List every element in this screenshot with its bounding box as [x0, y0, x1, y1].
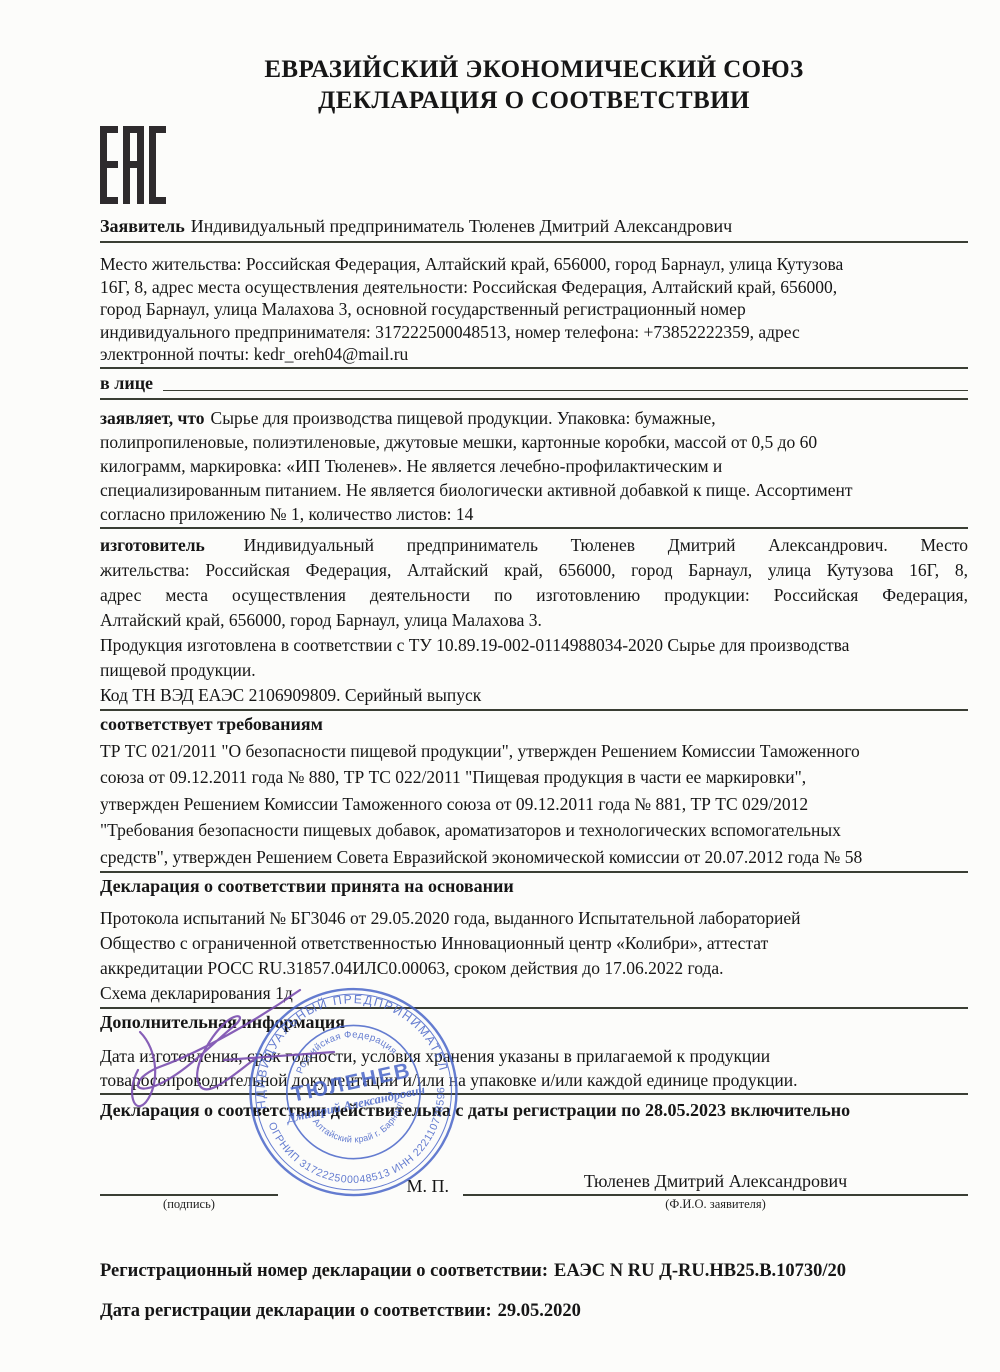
text-line: "Требования безопасности пищевых добавок… — [100, 817, 968, 844]
additional-info-block: Дата изготовления, срок годности, услови… — [100, 1044, 968, 1095]
blank-fill-line — [163, 390, 968, 391]
text-line: Общество с ограниченной ответственностью… — [100, 931, 968, 956]
technical-regulations-block: ТР ТС 021/2011 "О безопасности пищевой п… — [100, 738, 968, 874]
text-span: Индивидуальный предприниматель Тюленев Д… — [244, 535, 968, 555]
text-line: Алтайский край, 656000, город Барнаул, у… — [100, 608, 968, 633]
text-line: изготовитель Индивидуальный предпринимат… — [100, 533, 968, 558]
text-line: 16Г, 8, адрес места осуществления деятел… — [100, 276, 968, 299]
text-line: Дата изготовления, срок годности, услови… — [100, 1044, 968, 1068]
text-line: союза от 09.12.2011 года № 880, ТР ТС 02… — [100, 764, 968, 791]
applicant-value: Индивидуальный предприниматель Тюленев Д… — [191, 216, 732, 236]
text-line: Место жительства: Российская Федерация, … — [100, 253, 968, 276]
text-line: килограмм, маркировка: «ИП Тюленев». Не … — [100, 454, 968, 478]
scheme-line: Схема декларирования 1д — [100, 981, 968, 1009]
applicant-row: ЗаявительИндивидуальный предприниматель … — [100, 214, 968, 243]
text-line: утвержден Решением Комиссии Таможенного … — [100, 791, 968, 818]
text-line: жительства: Российская Федерация, Алтайс… — [100, 558, 968, 583]
applicant-label: Заявитель — [100, 216, 185, 236]
additional-info-header: Дополнительная информация — [100, 1009, 968, 1036]
basis-header: Декларация о соответствии принята на осн… — [100, 873, 968, 900]
signature-row: (подпись) М. П. Тюленев Дмитрий Александ… — [100, 1168, 968, 1213]
text-line: ТР ТС 021/2011 "О безопасности пищевой п… — [100, 738, 968, 765]
email-line: электронной почты: kedr_oreh04@mail.ru — [100, 343, 968, 366]
text-line: адрес места осуществления деятельности п… — [100, 583, 968, 608]
residence-block: Место жительства: Российская Федерация, … — [100, 253, 968, 369]
text-line-underlined: средств", утвержден Решением Совета Евра… — [100, 844, 968, 874]
text-line: город Барнаул, улица Малахова 3, основно… — [100, 298, 968, 321]
document-content: ЕВРАЗИЙСКИЙ ЭКОНОМИЧЕСКИЙ СОЮЗ ДЕКЛАРАЦИ… — [100, 54, 968, 1324]
stamp-place-label: М. П. — [278, 1168, 463, 1213]
registration-number-value: ЕАЭС N RU Д-RU.НВ25.В.10730/20 — [554, 1261, 846, 1281]
text-line-underlined: согласно приложению № 1, количество лист… — [100, 502, 968, 529]
registration-number-label: Регистрационный номер декларации о соотв… — [100, 1261, 548, 1281]
in-person-label: в лице — [100, 371, 153, 396]
complies-header: соответствует требованиям — [100, 711, 968, 738]
text-line: Протокола испытаний № БГ3046 от 29.05.20… — [100, 906, 968, 931]
signature-line — [100, 1168, 278, 1196]
basis-block: Протокола испытаний № БГ3046 от 29.05.20… — [100, 906, 968, 1009]
in-person-row: в лице — [100, 371, 968, 400]
text-line: полипропиленовые, полиэтиленовые, джутов… — [100, 430, 968, 454]
text-span: Сырье для производства пищевой продукции… — [211, 408, 716, 428]
document-title: ЕВРАЗИЙСКИЙ ЭКОНОМИЧЕСКИЙ СОЮЗ ДЕКЛАРАЦИ… — [100, 54, 968, 116]
registration-date-value: 29.05.2020 — [498, 1301, 581, 1321]
registration-number-row: Регистрационный номер декларации о соотв… — [100, 1259, 968, 1284]
signature-field: (подпись) — [100, 1168, 278, 1213]
title-line-1: ЕВРАЗИЙСКИЙ ЭКОНОМИЧЕСКИЙ СОЮЗ — [100, 54, 968, 85]
applicant-fio: Тюленев Дмитрий Александрович — [463, 1168, 968, 1196]
eac-mark-icon — [100, 126, 166, 204]
text-line: индивидуального предпринимателя: 3172225… — [100, 321, 968, 344]
fio-caption: (Ф.И.О. заявителя) — [463, 1196, 968, 1213]
fio-field: Тюленев Дмитрий Александрович (Ф.И.О. за… — [463, 1168, 968, 1213]
text-line: аккредитации РОСС RU.31857.04ИЛС0.00063,… — [100, 956, 968, 981]
text-line: пищевой продукции. — [100, 658, 968, 683]
text-line: специализированным питанием. Не является… — [100, 478, 968, 502]
manufacturer-block: изготовитель Индивидуальный предпринимат… — [100, 533, 968, 711]
title-line-2: ДЕКЛАРАЦИЯ О СООТВЕТСТВИИ — [100, 85, 968, 116]
tn-ved-line: Код ТН ВЭД ЕАЭС 2106909809. Серийный вып… — [100, 683, 968, 711]
text-line: заявляет, чтоСырье для производства пище… — [100, 406, 968, 430]
registration-date-label: Дата регистрации декларации о соответств… — [100, 1301, 492, 1321]
declares-label: заявляет, что — [100, 408, 205, 428]
eac-logo — [100, 126, 968, 206]
validity-statement: Декларация о соответствии действительна … — [100, 1097, 968, 1124]
document-page: ЕВРАЗИЙСКИЙ ЭКОНОМИЧЕСКИЙ СОЮЗ ДЕКЛАРАЦИ… — [0, 0, 1000, 1372]
signature-caption: (подпись) — [100, 1196, 278, 1213]
manufacturer-label: изготовитель — [100, 535, 205, 555]
registration-date-row: Дата регистрации декларации о соответств… — [100, 1299, 968, 1324]
declares-block: заявляет, чтоСырье для производства пище… — [100, 406, 968, 529]
text-line: Продукция изготовлена в соответствии с Т… — [100, 633, 968, 658]
text-line-underlined: товаросопроводительной документации и/ил… — [100, 1068, 968, 1095]
